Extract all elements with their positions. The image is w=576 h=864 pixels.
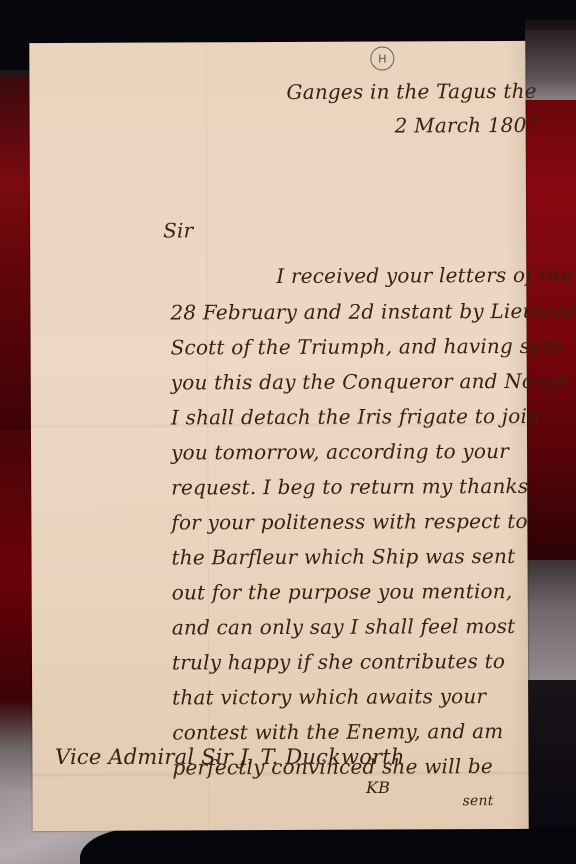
letter-addressee-honours: KB (366, 778, 390, 797)
letter-body-line-13: that victory which awaits your (172, 684, 486, 709)
letter-body-line-10: out for the purpose you mention, (172, 579, 513, 604)
letter-body-line-2: 28 February and 2d instant by Lieutenant (170, 299, 576, 325)
letter-body-line-7: request. I beg to return my thanks (171, 474, 528, 500)
letter-page: H Ganges in the Tagus the 2 March 1807 S… (29, 41, 528, 831)
paper-edge-shade (505, 41, 528, 829)
letter-body-line-4: you this day the Conqueror and Norge (171, 369, 569, 395)
background-flag-red-right-lower (525, 330, 576, 560)
letter-heading-place: Ganges in the Tagus the (286, 79, 536, 104)
archive-mark-circled-letter: H (370, 46, 394, 70)
background-dark-cloth-bottom (80, 828, 576, 864)
letter-body-line-14: contest with the Enemy, and am (172, 719, 503, 744)
letter-body-line-5: I shall detach the Iris frigate to join (171, 404, 540, 430)
letter-catchword: sent (463, 793, 494, 809)
archive-mark-text: H (378, 52, 386, 65)
letter-body-line-6: you tomorrow, according to your (171, 439, 509, 464)
letter-body-line-3: Scott of the Triumph, and having sent (171, 334, 564, 360)
letter-body-line-9: the Barfleur which Ship was sent (171, 544, 515, 569)
letter-body-line-8: for your politeness with respect to (171, 509, 527, 535)
letter-body-line-11: and can only say I shall feel most (172, 614, 516, 639)
background-flag-grey-right-lower (525, 560, 576, 680)
letter-heading-date: 2 March 1807 (395, 113, 540, 138)
letter-body-line-1: I received your letters of the (276, 263, 573, 288)
letter-salutation: Sir (163, 218, 193, 242)
letter-body-line-12: truly happy if she contributes to (172, 649, 505, 674)
letter-addressee-name: Vice Admiral Sir J. T. Duckworth (55, 745, 405, 769)
